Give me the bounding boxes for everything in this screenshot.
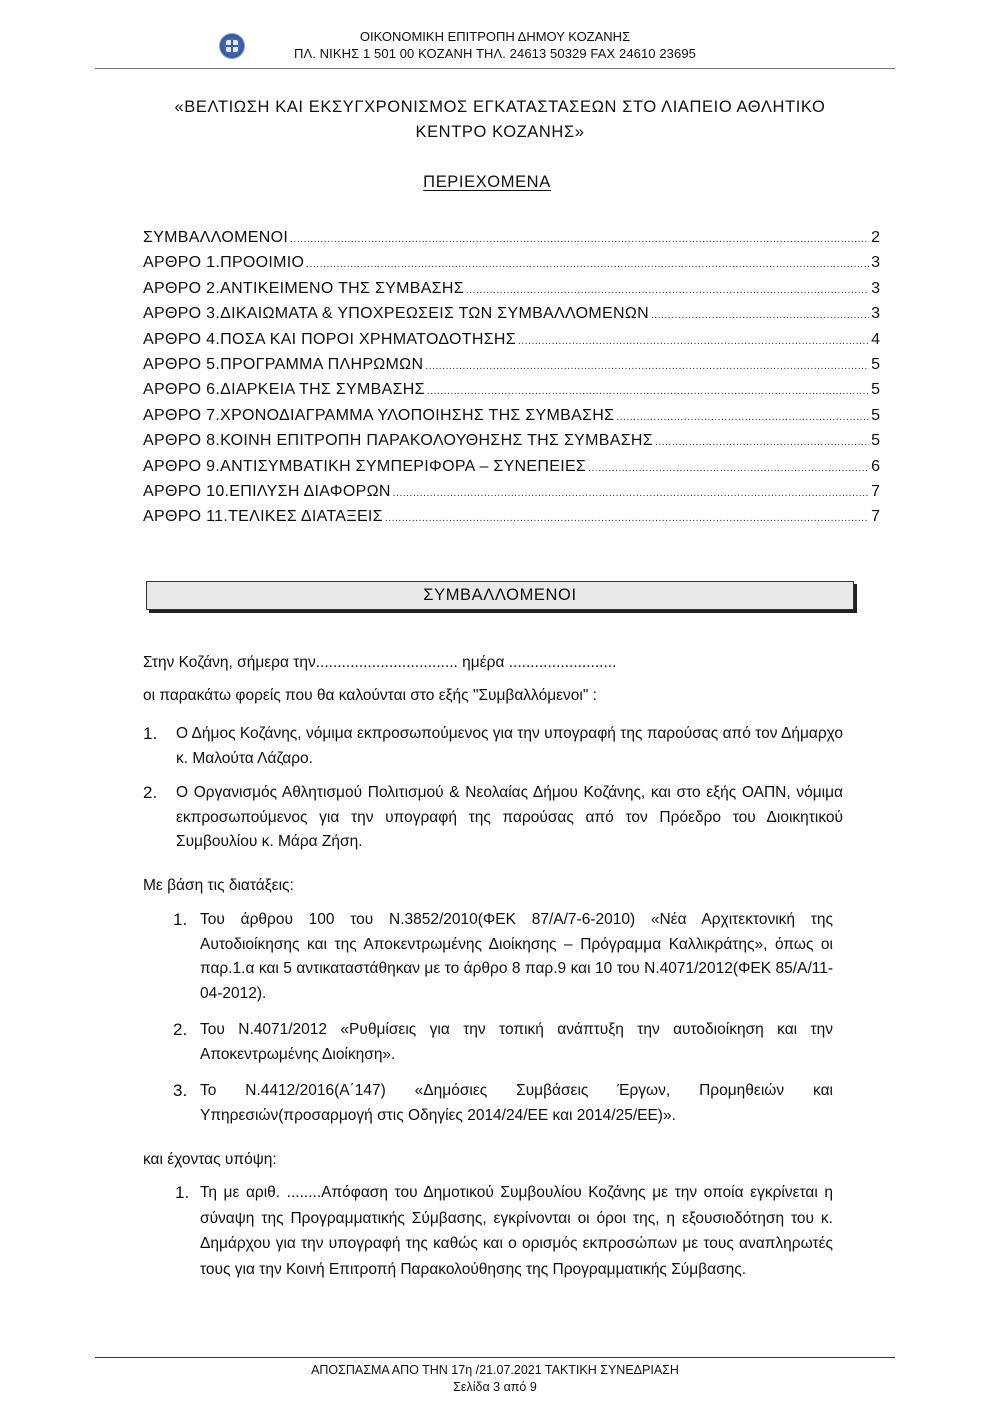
toc-entry[interactable]: ΑΡΘΡΟ 1.ΠΡΟΟΙΜΙΟ3 <box>143 251 880 276</box>
toc-entry-title: ΑΡΘΡΟ 9.ΑΝΤΙΣΥΜΒΑΤΙΚΗ ΣΥΜΠΕΡΙΦΟΡΑ – ΣΥΝΕ… <box>143 455 586 478</box>
list-text: Του Ν.4071/2012 «Ρυθμίσεις για την τοπικ… <box>200 1018 833 1067</box>
toc-entry[interactable]: ΑΡΘΡΟ 8.ΚΟΙΝΗ ΕΠΙΤΡΟΠΗ ΠΑΡΑΚΟΛΟΥΘΗΣΗΣ ΤΗ… <box>143 429 880 454</box>
list-number: 1. <box>173 908 200 1006</box>
document-title-line2: ΚΕΝΤΡΟ ΚΟΖΑΝΗΣ» <box>90 120 910 145</box>
toc-leader-dots <box>425 355 869 378</box>
toc-entry-page: 7 <box>871 480 880 503</box>
toc-entry-title: ΑΡΘΡΟ 3.ΔΙΚΑΙΩΜΑΤΑ & ΥΠΟΧΡΕΩΣΕΙΣ ΤΩΝ ΣΥΜ… <box>143 302 649 325</box>
toc-entry-title: ΑΡΘΡΟ 1.ΠΡΟΟΙΜΙΟ <box>143 251 304 274</box>
list-text: Ο Οργανισμός Αθλητισμού Πολιτισμού & Νεο… <box>176 781 843 855</box>
list-number: 1. <box>143 722 176 771</box>
toc-leader-dots <box>427 380 869 403</box>
list-text: Του άρθρου 100 του Ν.3852/2010(ΦΕΚ 87/Α/… <box>200 908 833 1006</box>
section-heading-parties: ΣΥΜΒΑΛΛΟΜΕΝΟΙ <box>146 581 854 610</box>
toc-entry-page: 5 <box>871 404 880 427</box>
party-item: 1.Ο Δήμος Κοζάνης, νόμιμα εκπροσωπούμενο… <box>143 722 843 771</box>
toc-entry-page: 4 <box>871 328 880 351</box>
toc-entry[interactable]: ΑΡΘΡΟ 5.ΠΡΟΓΡΑΜΜΑ ΠΛΗΡΩΜΩΝ5 <box>143 353 880 378</box>
list-number: 3. <box>173 1079 200 1128</box>
toc-entry-title: ΑΡΘΡΟ 4.ΠΟΣΑ ΚΑΙ ΠΟΡΟΙ ΧΡΗΜΑΤΟΔΟΤΗΣΗΣ <box>143 328 516 351</box>
parties-list: 1.Ο Δήμος Κοζάνης, νόμιμα εκπροσωπούμενο… <box>143 722 843 865</box>
toc-entry[interactable]: ΑΡΘΡΟ 6.ΔΙΑΡΚΕΙΑ ΤΗΣ ΣΥΜΒΑΣΗΣ5 <box>143 378 880 403</box>
list-text: Τη με αριθ. ........Απόφαση του Δημοτικο… <box>200 1180 833 1282</box>
toc-entry-title: ΑΡΘΡΟ 11.ΤΕΛΙΚΕΣ ΔΙΑΤΑΞΕΙΣ <box>143 505 383 528</box>
toc-entry-title: ΑΡΘΡΟ 6.ΔΙΑΡΚΕΙΑ ΤΗΣ ΣΥΜΒΑΣΗΣ <box>143 378 425 401</box>
toc-leader-dots <box>393 482 869 505</box>
toc-entry-page: 6 <box>871 455 880 478</box>
considering-item: 1.Τη με αριθ. ........Απόφαση του Δημοτι… <box>175 1180 833 1282</box>
considering-list: 1.Τη με αριθ. ........Απόφαση του Δημοτι… <box>175 1180 833 1282</box>
toc-entry-page: 5 <box>871 353 880 376</box>
intro-date-line: Στην Κοζάνη, σήμερα την.................… <box>143 651 843 676</box>
page-footer: ΑΠΟΣΠΑΣΜΑ ΑΠΟ ΤΗΝ 17η /21.07.2021 ΤΑΚΤΙΚ… <box>95 1362 895 1396</box>
footer-divider <box>95 1357 895 1358</box>
list-number: 2. <box>173 1018 200 1067</box>
toc-entry-title: ΑΡΘΡΟ 7.ΧΡΟΝΟΔΙΑΓΡΑΜΜΑ ΥΛΟΠΟΙΗΣΗΣ ΤΗΣ ΣΥ… <box>143 404 614 427</box>
toc-leader-dots <box>466 279 869 302</box>
provision-item: 3.Το Ν.4412/2016(Α΄147) «Δημόσιες Συμβάσ… <box>173 1079 833 1128</box>
toc-leader-dots <box>616 406 869 429</box>
list-number: 2. <box>143 781 176 855</box>
toc-leader-dots <box>588 457 869 480</box>
considering-intro: και έχοντας υπόψη: <box>143 1148 843 1173</box>
provisions-list: 1.Του άρθρου 100 του Ν.3852/2010(ΦΕΚ 87/… <box>173 908 833 1140</box>
toc-entry[interactable]: ΑΡΘΡΟ 11.ΤΕΛΙΚΕΣ ΔΙΑΤΑΞΕΙΣ7 <box>143 505 880 530</box>
toc-entry[interactable]: ΣΥΜΒΑΛΛΟΜΕΝΟΙ2 <box>143 226 880 251</box>
list-text: Το Ν.4412/2016(Α΄147) «Δημόσιες Συμβάσει… <box>200 1079 833 1128</box>
header-contact: ΠΛ. ΝΙΚΗΣ 1 501 00 ΚΟΖΑΝΗ ΤΗΛ. 24613 503… <box>95 45 895 62</box>
parties-intro: οι παρακάτω φορείς που θα καλούνται στο … <box>143 684 843 709</box>
header-divider <box>95 68 895 69</box>
provisions-intro: Με βάση τις διατάξεις: <box>143 874 843 899</box>
toc-leader-dots <box>290 228 869 251</box>
toc-leader-dots <box>651 304 869 327</box>
document-title-line1: «ΒΕΛΤΙΩΣΗ ΚΑΙ ΕΚΣΥΓΧΡΟΝΙΣΜΟΣ ΕΓΚΑΤΑΣΤΑΣΕ… <box>90 95 910 120</box>
toc-entry-title: ΑΡΘΡΟ 5.ΠΡΟΓΡΑΜΜΑ ΠΛΗΡΩΜΩΝ <box>143 353 423 376</box>
provision-item: 1.Του άρθρου 100 του Ν.3852/2010(ΦΕΚ 87/… <box>173 908 833 1006</box>
toc-entry-title: ΑΡΘΡΟ 10.ΕΠΙΛΥΣΗ ΔΙΑΦΟΡΩΝ <box>143 480 391 503</box>
toc-entry[interactable]: ΑΡΘΡΟ 7.ΧΡΟΝΟΔΙΑΓΡΑΜΜΑ ΥΛΟΠΟΙΗΣΗΣ ΤΗΣ ΣΥ… <box>143 404 880 429</box>
toc-entry-title: ΑΡΘΡΟ 8.ΚΟΙΝΗ ΕΠΙΤΡΟΠΗ ΠΑΡΑΚΟΛΟΥΘΗΣΗΣ ΤΗ… <box>143 429 653 452</box>
toc-leader-dots <box>306 253 869 276</box>
toc-entry[interactable]: ΑΡΘΡΟ 9.ΑΝΤΙΣΥΜΒΑΤΙΚΗ ΣΥΜΠΕΡΙΦΟΡΑ – ΣΥΝΕ… <box>143 455 880 480</box>
document-title: «ΒΕΛΤΙΩΣΗ ΚΑΙ ΕΚΣΥΓΧΡΟΝΙΣΜΟΣ ΕΓΚΑΤΑΣΤΑΣΕ… <box>90 95 910 145</box>
toc-entry-page: 5 <box>871 429 880 452</box>
toc-entry-page: 3 <box>871 302 880 325</box>
list-number: 1. <box>175 1180 200 1282</box>
header-organization: ΟΙΚΟΝΟΜΙΚΗ ΕΠΙΤΡΟΠΗ ΔΗΜΟΥ ΚΟΖΑΝΗΣ <box>95 28 895 45</box>
toc-leader-dots <box>385 507 869 530</box>
table-of-contents: ΣΥΜΒΑΛΛΟΜΕΝΟΙ2ΑΡΘΡΟ 1.ΠΡΟΟΙΜΙΟ3ΑΡΘΡΟ 2.Α… <box>143 226 880 531</box>
footer-session: ΑΠΟΣΠΑΣΜΑ ΑΠΟ ΤΗΝ 17η /21.07.2021 ΤΑΚΤΙΚ… <box>95 1362 895 1379</box>
list-text: Ο Δήμος Κοζάνης, νόμιμα εκπροσωπούμενος … <box>176 722 843 771</box>
provision-item: 2.Του Ν.4071/2012 «Ρυθμίσεις για την τοπ… <box>173 1018 833 1067</box>
page-number: Σελίδα 3 από 9 <box>95 1379 895 1396</box>
toc-entry-page: 5 <box>871 378 880 401</box>
toc-entry-page: 2 <box>871 226 880 249</box>
toc-entry-title: ΣΥΜΒΑΛΛΟΜΕΝΟΙ <box>143 226 288 249</box>
toc-entry-title: ΑΡΘΡΟ 2.ΑΝΤΙΚΕΙΜΕΝΟ ΤΗΣ ΣΥΜΒΑΣΗΣ <box>143 277 464 300</box>
toc-leader-dots <box>518 330 869 353</box>
toc-entry-page: 3 <box>871 251 880 274</box>
toc-entry[interactable]: ΑΡΘΡΟ 4.ΠΟΣΑ ΚΑΙ ΠΟΡΟΙ ΧΡΗΜΑΤΟΔΟΤΗΣΗΣ4 <box>143 328 880 353</box>
toc-entry[interactable]: ΑΡΘΡΟ 10.ΕΠΙΛΥΣΗ ΔΙΑΦΟΡΩΝ7 <box>143 480 880 505</box>
toc-entry-page: 3 <box>871 277 880 300</box>
toc-heading: ΠΕΡΙΕΧΟΜΕΝΑ <box>0 173 974 192</box>
toc-entry[interactable]: ΑΡΘΡΟ 3.ΔΙΚΑΙΩΜΑΤΑ & ΥΠΟΧΡΕΩΣΕΙΣ ΤΩΝ ΣΥΜ… <box>143 302 880 327</box>
toc-entry-page: 7 <box>871 505 880 528</box>
toc-leader-dots <box>655 431 869 454</box>
page-header: ΟΙΚΟΝΟΜΙΚΗ ΕΠΙΤΡΟΠΗ ΔΗΜΟΥ ΚΟΖΑΝΗΣ ΠΛ. ΝΙ… <box>95 28 895 62</box>
toc-entry[interactable]: ΑΡΘΡΟ 2.ΑΝΤΙΚΕΙΜΕΝΟ ΤΗΣ ΣΥΜΒΑΣΗΣ3 <box>143 277 880 302</box>
party-item: 2.Ο Οργανισμός Αθλητισμού Πολιτισμού & Ν… <box>143 781 843 855</box>
